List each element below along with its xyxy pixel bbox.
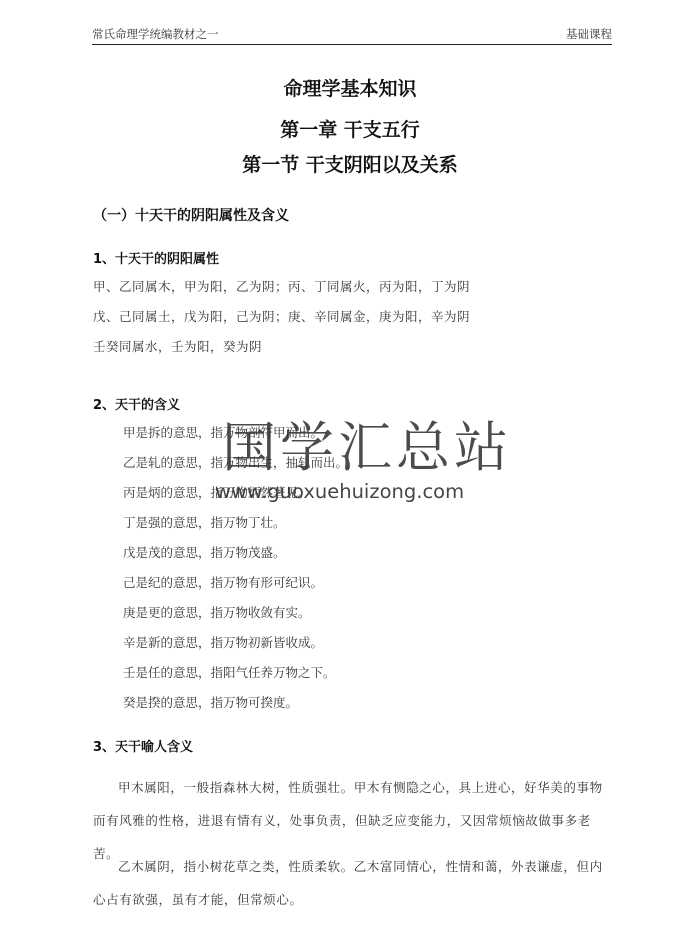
- yinyang-line: 戊、己同属土，戊为阳，己为阴；庚、辛同属金，庚为阳，辛为阴: [93, 307, 470, 325]
- page-header: 常氏命理学统编教材之一 基础课程: [92, 26, 612, 45]
- stem-meaning-item: 戊是茂的意思，指万物茂盛。: [123, 543, 286, 561]
- part1-heading: 1、十天干的阴阳属性: [93, 248, 219, 267]
- header-book-title: 常氏命理学统编教材之一: [92, 26, 219, 42]
- stem-meaning-item: 庚是更的意思，指万物收敛有实。: [123, 603, 311, 621]
- watermark-text: 国学汇总站: [222, 418, 512, 478]
- document-title: 命理学基本知识: [0, 74, 700, 101]
- stem-meaning-item: 辛是新的意思，指万物初新皆收成。: [123, 633, 323, 651]
- stem-meaning-item: 癸是揆的意思，指万物可揆度。: [123, 693, 298, 711]
- yinyang-line: 壬癸同属水，壬为阳，癸为阴: [93, 337, 262, 355]
- watermark-url: www.guoxuehuizong.com: [215, 480, 464, 504]
- stem-meaning-item: 丁是强的意思，指万物丁壮。: [123, 513, 286, 531]
- chapter-title: 第一章 干支五行: [0, 115, 700, 142]
- yinyang-line: 甲、乙同属木，甲为阳，乙为阴；丙、丁同属火，丙为阳，丁为阴: [93, 277, 470, 295]
- part3-heading: 3、天干喻人含义: [93, 736, 193, 755]
- stem-meaning-item: 壬是任的意思，指阳气任养万物之下。: [123, 663, 336, 681]
- section-title: 第一节 干支阴阳以及关系: [0, 150, 700, 177]
- personality-paragraph: 乙木属阴，指小树花草之类，性质柔软。乙木富同情心，性情和蔼，外表谦虚，但内心占有…: [93, 850, 613, 916]
- subsection-heading: （一）十天干的阴阳属性及含义: [93, 205, 289, 225]
- stem-meaning-item: 己是纪的意思，指万物有形可纪识。: [123, 573, 323, 591]
- header-course-label: 基础课程: [566, 26, 612, 42]
- part2-heading: 2、天干的含义: [93, 394, 180, 413]
